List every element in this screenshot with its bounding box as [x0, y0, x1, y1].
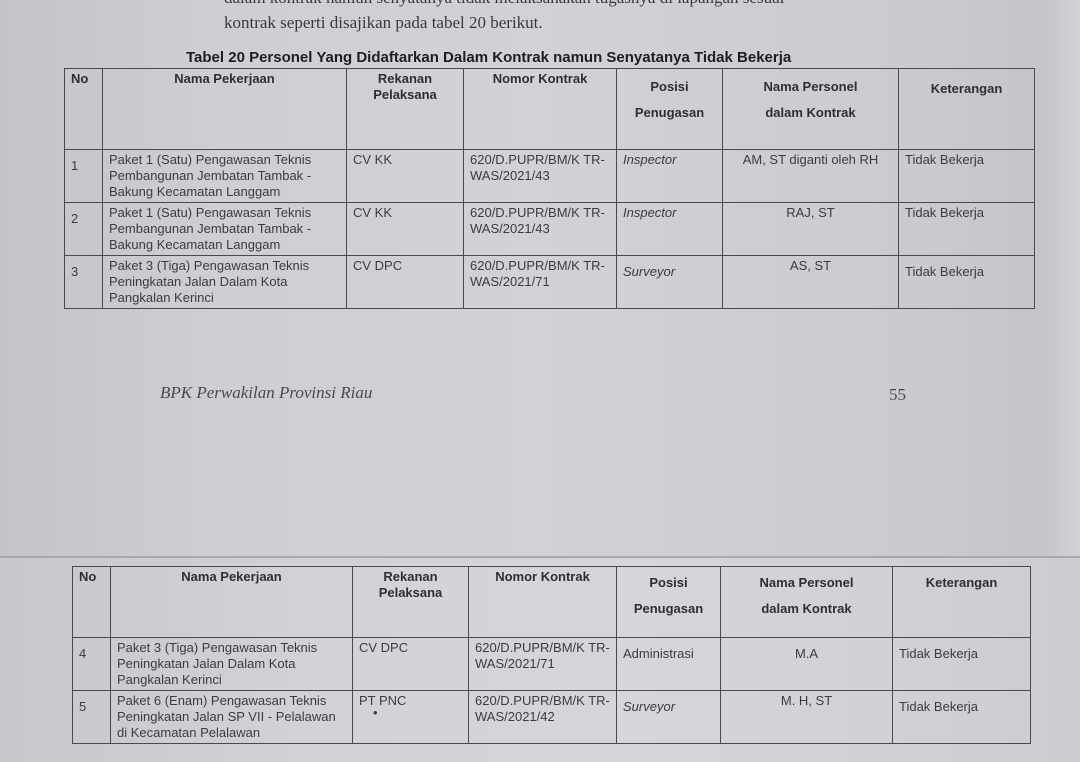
page-55: dalam kontrak namun senyatanya tidak mel…: [0, 0, 1080, 560]
cell-rekanan: PT PNC •: [353, 691, 469, 744]
cell-rekanan: CV DPC: [347, 256, 464, 309]
cell-nomor-kontrak: 620/D.PUPR/BM/K TR-WAS/2021/71: [464, 256, 617, 309]
cell-nama-pekerjaan: Paket 3 (Tiga) Pengawasan Teknis Peningk…: [103, 256, 347, 309]
cell-keterangan: Tidak Bekerja: [899, 256, 1035, 309]
header-personel-line2: dalam Kontrak: [729, 105, 892, 121]
header-posisi-line1: Posisi: [649, 575, 687, 590]
header-nama-pekerjaan: Nama Pekerjaan: [111, 567, 353, 638]
cell-posisi: Administrasi: [617, 638, 721, 691]
cell-posisi: Surveyor: [617, 256, 723, 309]
cell-rekanan: CV DPC: [353, 638, 469, 691]
personnel-table-part-2: No Nama Pekerjaan Rekanan Pelaksana Nomo…: [72, 566, 1031, 744]
header-keterangan: Keterangan: [893, 567, 1031, 638]
cell-posisi: Surveyor: [617, 691, 721, 744]
header-personel: Nama Personel dalam Kontrak: [721, 567, 893, 638]
header-posisi: Posisi Penugasan: [617, 69, 723, 150]
cell-personel: M. H, ST: [721, 691, 893, 744]
table-row: 1 Paket 1 (Satu) Pengawasan Teknis Pemba…: [65, 150, 1035, 203]
header-posisi-line2: Penugasan: [623, 105, 716, 121]
table-header-row: No Nama Pekerjaan Rekanan Pelaksana Nomo…: [73, 567, 1031, 638]
personnel-table-part-1: No Nama Pekerjaan Rekanan Pelaksana Nomo…: [64, 68, 1035, 309]
cell-personel: AS, ST: [723, 256, 899, 309]
cell-personel: AM, ST diganti oleh RH: [723, 150, 899, 203]
table-caption: Tabel 20 Personel Yang Didaftarkan Dalam…: [186, 49, 791, 66]
table-row: 4 Paket 3 (Tiga) Pengawasan Teknis Penin…: [73, 638, 1031, 691]
cell-nama-pekerjaan: Paket 1 (Satu) Pengawasan Teknis Pembang…: [103, 203, 347, 256]
cell-personel: RAJ, ST: [723, 203, 899, 256]
cell-nomor-kontrak: 620/D.PUPR/BM/K TR-WAS/2021/42: [469, 691, 617, 744]
cell-no: 2: [65, 203, 103, 256]
header-rekanan: Rekanan Pelaksana: [353, 567, 469, 638]
table-row: 3 Paket 3 (Tiga) Pengawasan Teknis Penin…: [65, 256, 1035, 309]
cell-no: 4: [73, 638, 111, 691]
header-nomor-kontrak: Nomor Kontrak: [469, 567, 617, 638]
table-header-row: No Nama Pekerjaan Rekanan Pelaksana Nomo…: [65, 69, 1035, 150]
header-personel-line1: Nama Personel: [760, 575, 854, 590]
header-personel: Nama Personel dalam Kontrak: [723, 69, 899, 150]
header-personel-line2: dalam Kontrak: [727, 601, 886, 617]
header-nomor-kontrak: Nomor Kontrak: [464, 69, 617, 150]
cell-no: 1: [65, 150, 103, 203]
cell-posisi: Inspector: [617, 203, 723, 256]
table-row: 5 Paket 6 (Enam) Pengawasan Teknis Penin…: [73, 691, 1031, 744]
header-no: No: [65, 69, 103, 150]
cell-keterangan: Tidak Bekerja: [893, 638, 1031, 691]
header-nama-pekerjaan: Nama Pekerjaan: [103, 69, 347, 150]
table-row: 2 Paket 1 (Satu) Pengawasan Teknis Pemba…: [65, 203, 1035, 256]
cell-nomor-kontrak: 620/D.PUPR/BM/K TR-WAS/2021/43: [464, 150, 617, 203]
cell-nama-pekerjaan: Paket 3 (Tiga) Pengawasan Teknis Peningk…: [111, 638, 353, 691]
header-personel-line1: Nama Personel: [764, 79, 858, 94]
cell-nama-pekerjaan: Paket 1 (Satu) Pengawasan Teknis Pembang…: [103, 150, 347, 203]
cell-keterangan: Tidak Bekerja: [899, 150, 1035, 203]
page-edge-shadow: [1040, 0, 1080, 560]
header-no: No: [73, 567, 111, 638]
header-keterangan: Keterangan: [899, 69, 1035, 150]
footer-org: BPK Perwakilan Provinsi Riau: [160, 383, 372, 403]
cell-rekanan-text: PT PNC: [359, 693, 406, 708]
cell-nomor-kontrak: 620/D.PUPR/BM/K TR-WAS/2021/43: [464, 203, 617, 256]
stray-mark: •: [359, 709, 462, 717]
cell-nomor-kontrak: 620/D.PUPR/BM/K TR-WAS/2021/71: [469, 638, 617, 691]
header-rekanan: Rekanan Pelaksana: [347, 69, 464, 150]
cell-keterangan: Tidak Bekerja: [899, 203, 1035, 256]
header-posisi-line2: Penugasan: [623, 601, 714, 617]
header-posisi-line1: Posisi: [650, 79, 688, 94]
page-number: 55: [889, 385, 906, 405]
cell-no: 3: [65, 256, 103, 309]
cell-rekanan: CV KK: [347, 150, 464, 203]
intro-line: kontrak seperti disajikan pada tabel 20 …: [224, 13, 543, 33]
cell-keterangan: Tidak Bekerja: [893, 691, 1031, 744]
cell-personel: M.A: [721, 638, 893, 691]
header-posisi: Posisi Penugasan: [617, 567, 721, 638]
cell-rekanan: CV KK: [347, 203, 464, 256]
cell-no: 5: [73, 691, 111, 744]
cell-nama-pekerjaan: Paket 6 (Enam) Pengawasan Teknis Peningk…: [111, 691, 353, 744]
intro-partial-line: dalam kontrak namun senyatanya tidak mel…: [224, 0, 784, 8]
cell-posisi: Inspector: [617, 150, 723, 203]
